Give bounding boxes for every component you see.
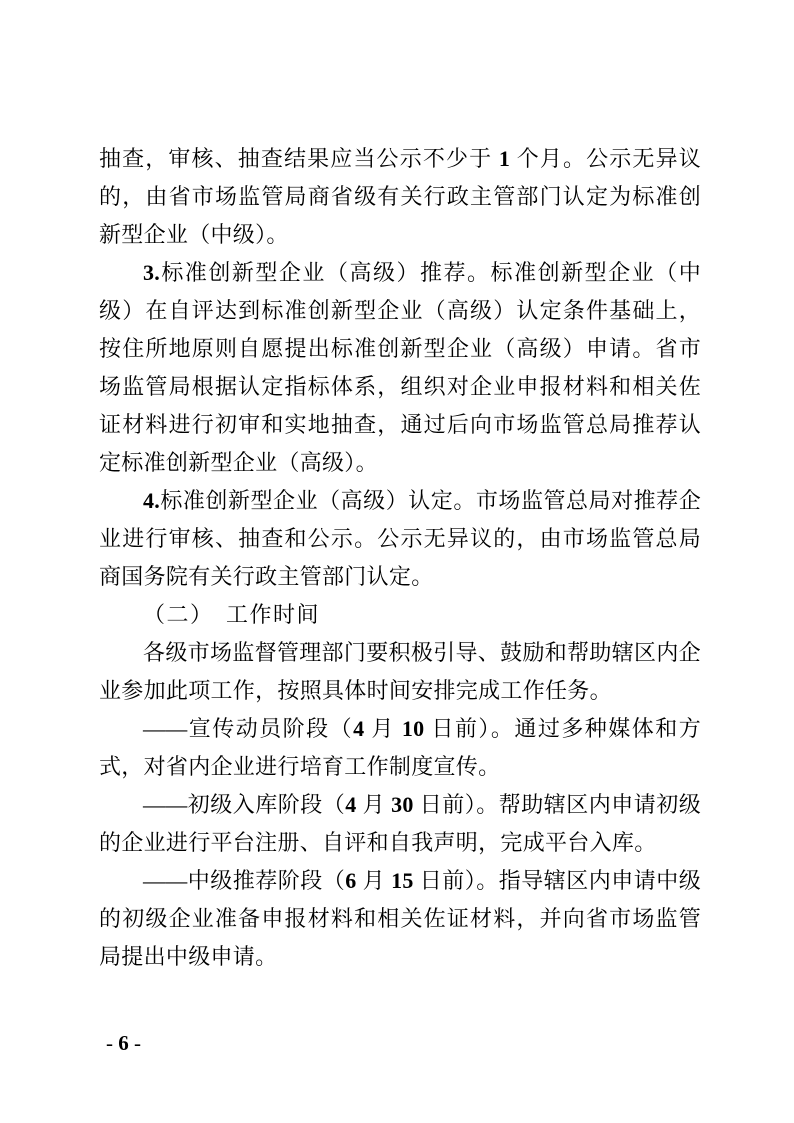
paragraph-stage-primary: ——初级入库阶段（4 月 30 日前）。帮助辖区内申请初级的企业进行平台注册、自… — [99, 786, 701, 862]
bold-number: 3. — [143, 260, 160, 285]
paragraph-continuation: 抽查，审核、抽查结果应当公示不少于 1 个月。公示无异议的，由省市场监管局商省级… — [99, 140, 701, 254]
bold-number: 15 — [391, 868, 414, 893]
text-segment: 月 — [357, 792, 392, 817]
text-segment: ——初级入库阶段（ — [143, 792, 345, 817]
document-page: 抽查，审核、抽查结果应当公示不少于 1 个月。公示无异议的，由省市场监管局商省级… — [0, 0, 794, 1123]
text-segment: - — [129, 1031, 141, 1055]
text-segment: 月 — [364, 716, 401, 741]
document-body: 抽查，审核、抽查结果应当公示不少于 1 个月。公示无异议的，由省市场监管局商省级… — [99, 140, 701, 976]
paragraph-stage-intermediate: ——中级推荐阶段（6 月 15 日前）。指导辖区内申请中级的初级企业准备申报材料… — [99, 862, 701, 976]
text-segment: ——宣传动员阶段（ — [143, 716, 353, 741]
text-segment: 标准创新型企业（高级）推荐。标准创新型企业（中级）在自评达到标准创新型企业（高级… — [99, 260, 701, 475]
text-segment: 标准创新型企业（高级）认定。市场监管总局对推荐企业进行审核、抽查和公示。公示无异… — [99, 488, 701, 589]
bold-number: 10 — [402, 716, 425, 741]
section-heading-work-schedule: （二） 工作时间 — [99, 596, 701, 634]
text-segment: - — [106, 1031, 118, 1055]
bold-number: 6 — [118, 1031, 129, 1055]
paragraph-item-4: 4.标准创新型企业（高级）认定。市场监管总局对推荐企业进行审核、抽查和公示。公示… — [99, 482, 701, 596]
text-segment: 月 — [357, 868, 392, 893]
bold-number: 4 — [353, 716, 364, 741]
bold-number: 30 — [391, 792, 414, 817]
bold-number: 4. — [143, 488, 160, 513]
paragraph-item-3: 3.标准创新型企业（高级）推荐。标准创新型企业（中级）在自评达到标准创新型企业（… — [99, 254, 701, 482]
bold-number: 4 — [345, 792, 356, 817]
paragraph-stage-publicity: ——宣传动员阶段（4 月 10 日前）。通过多种媒体和方式，对省内企业进行培育工… — [99, 710, 701, 786]
text-segment: （二） 工作时间 — [143, 602, 320, 627]
bold-number: 1 — [499, 146, 510, 171]
paragraph-intro: 各级市场监督管理部门要积极引导、鼓励和帮助辖区内企业参加此项工作，按照具体时间安… — [99, 634, 701, 710]
text-segment: ——中级推荐阶段（ — [143, 868, 345, 893]
text-segment: 抽查，审核、抽查结果应当公示不少于 — [99, 146, 499, 171]
page-footer: - 6 - — [106, 1030, 141, 1056]
page-number: - 6 - — [106, 1031, 141, 1055]
bold-number: 6 — [345, 868, 356, 893]
text-segment: 各级市场监督管理部门要积极引导、鼓励和帮助辖区内企业参加此项工作，按照具体时间安… — [99, 640, 701, 703]
